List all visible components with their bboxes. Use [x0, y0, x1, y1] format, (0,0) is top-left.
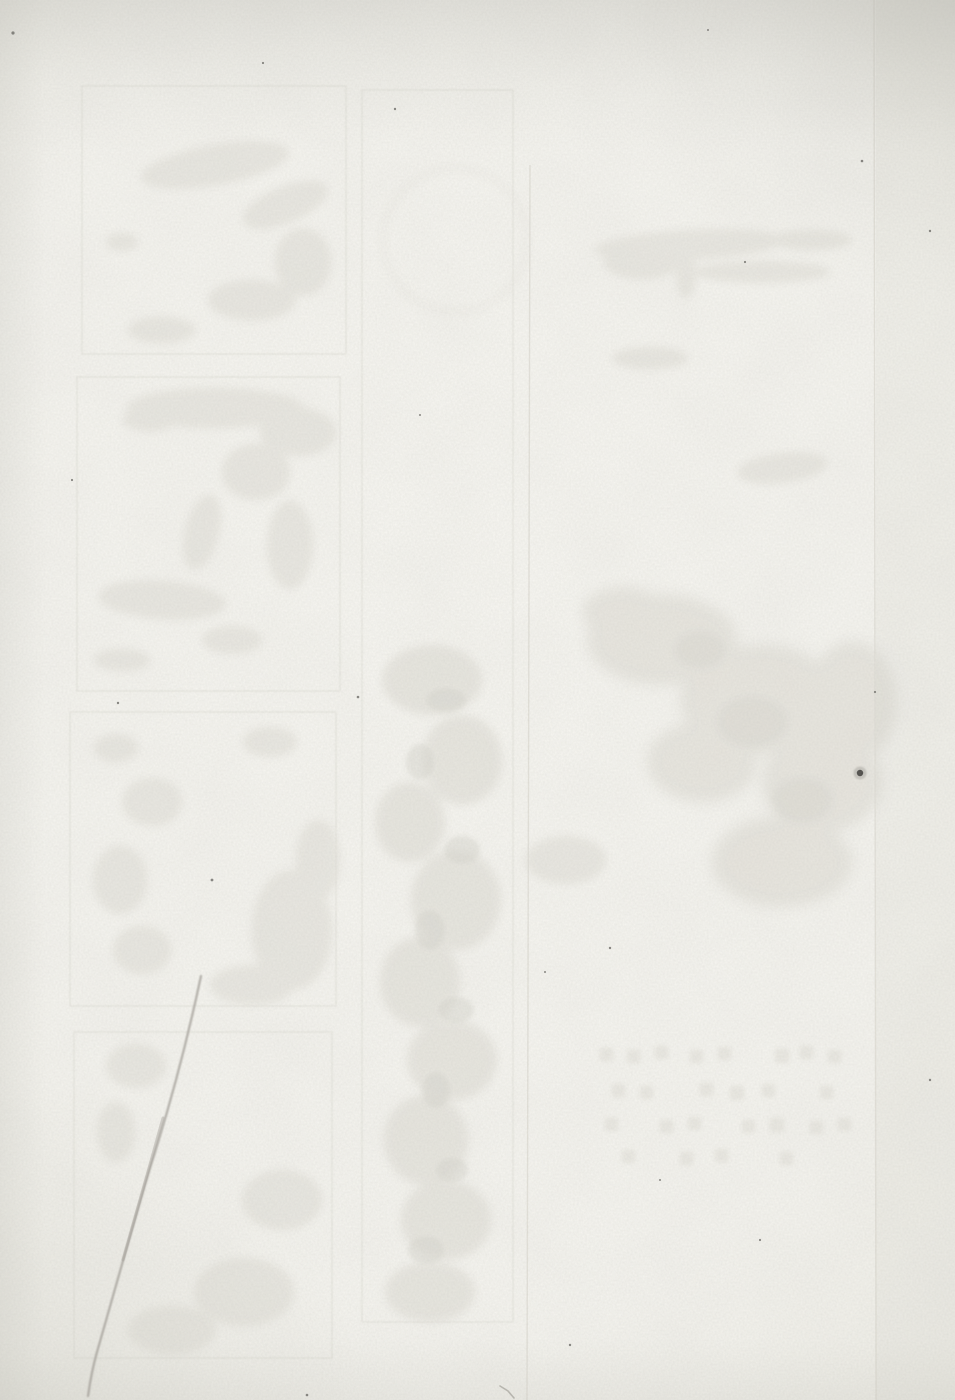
paper-grain-texture — [0, 0, 955, 1400]
page-scan-art — [0, 0, 955, 1400]
scanned-page — [0, 0, 955, 1400]
